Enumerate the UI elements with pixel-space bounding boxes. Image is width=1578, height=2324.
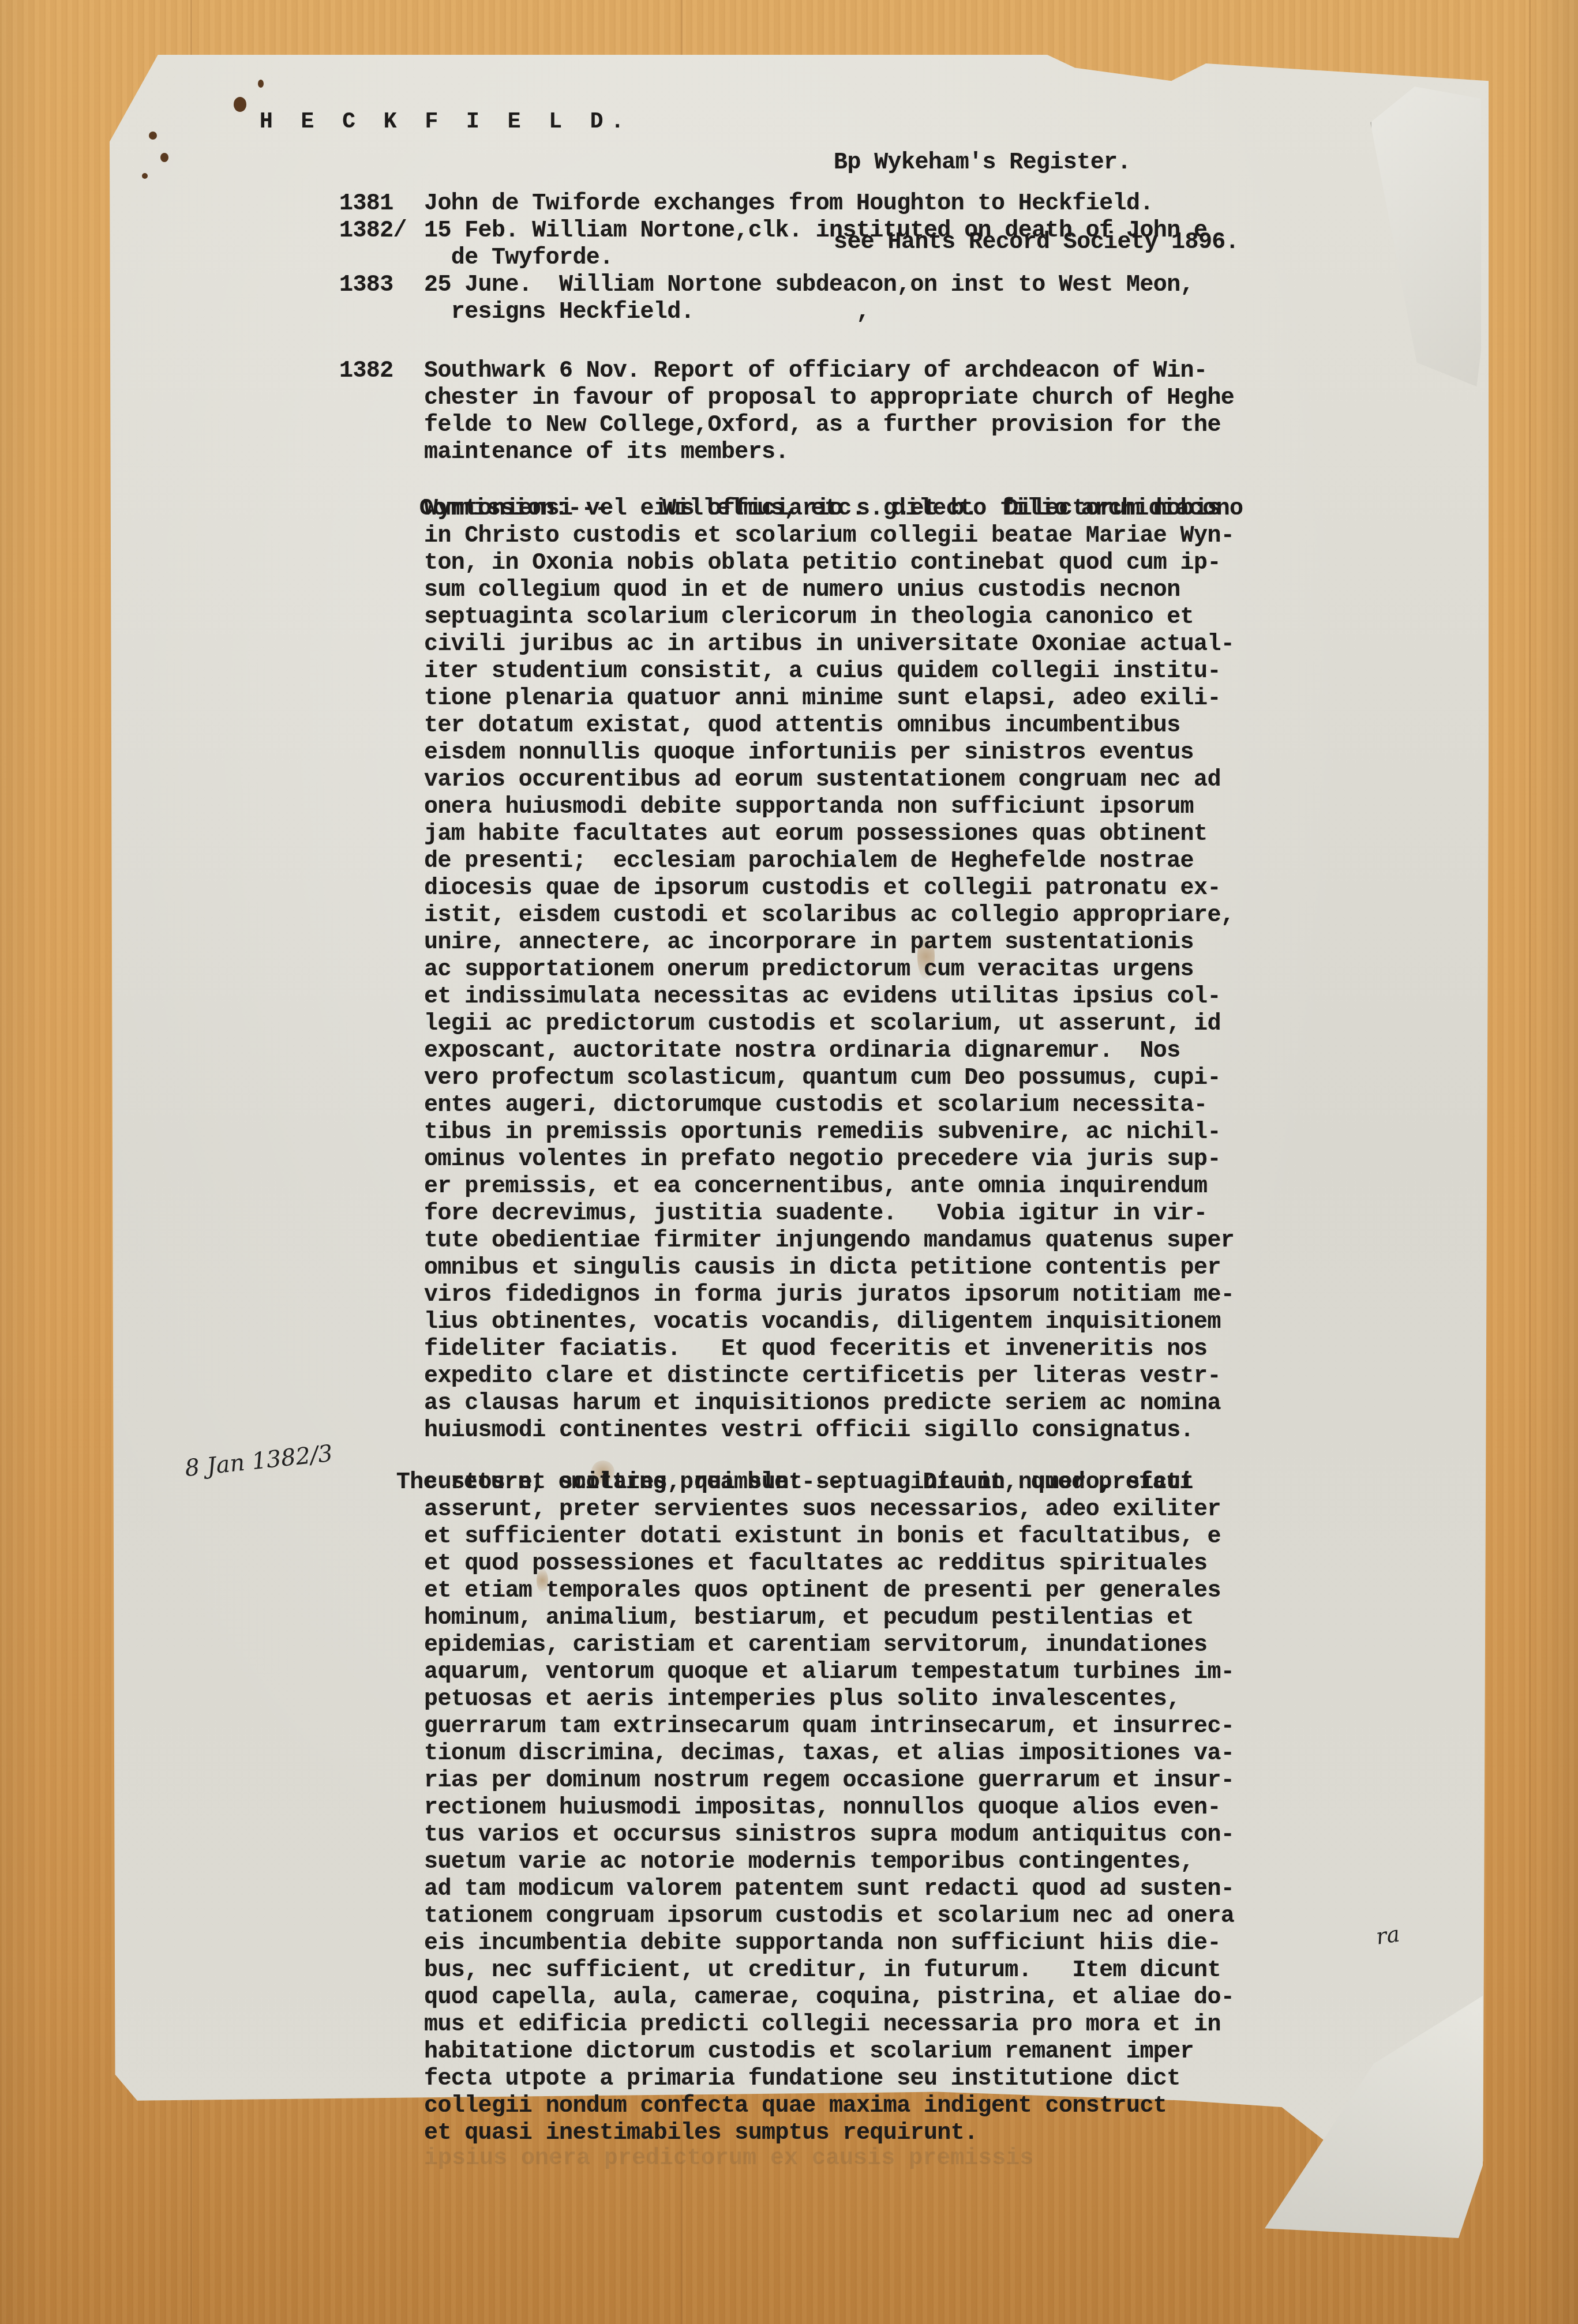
text-line: eisdem nonnullis quoque infortuniis per … xyxy=(424,739,1234,767)
document-title: H E C K F I E L D. xyxy=(260,108,631,136)
text-line: collegii nondum confecta quae maxima ind… xyxy=(424,2093,1234,2120)
entry-line: John de Twiforde exchanges from Houghton… xyxy=(424,190,1153,217)
text-line: ton, in Oxonia nobis oblata petitio cont… xyxy=(424,550,1234,577)
paper-hole xyxy=(234,97,246,112)
text-line: tationem congruam ipsorum custodis et sc… xyxy=(424,1903,1234,1930)
entry-line: de Twyforde. xyxy=(424,245,613,272)
text-line: ter dotatum existat, quod attentis omnib… xyxy=(424,712,1234,739)
text-line: in Christo custodis et scolarium collegi… xyxy=(424,523,1234,550)
text-line: fideliter faciatis. Et quod feceritis et… xyxy=(424,1336,1234,1363)
text-line: tute obedientiae firmiter injungendo man… xyxy=(424,1227,1234,1255)
text-line: istit, eisdem custodi et scolaribus ac c… xyxy=(424,902,1234,929)
handwritten-correction: ra xyxy=(1374,1921,1401,1949)
text-line: et quasi inestimabiles sumptus requirunt… xyxy=(424,2120,1234,2147)
text-line: asserunt, preter servientes suos necessa… xyxy=(424,1496,1234,1523)
text-line: huiusmodi continentes vestri officii sig… xyxy=(424,1417,1234,1444)
text-line: et sufficienter dotati existunt in bonis… xyxy=(424,1523,1234,1550)
text-line: civili juribus ac in artibus in universi… xyxy=(424,631,1234,658)
entry-line: 25 June. William Nortone subdeacon,on in… xyxy=(424,272,1194,299)
text-line: hominum, animalium, bestiarum, et pecudu… xyxy=(424,1605,1234,1632)
text-line: tus varios et occursus sinistros supra m… xyxy=(424,1822,1234,1849)
text-line: fecta utpote a primaria fundatione seu i… xyxy=(424,2066,1234,2093)
text-line: aquarum, ventorum quoque et aliarum temp… xyxy=(424,1659,1234,1686)
text-line: ac supportationem onerum predictorum cum… xyxy=(424,956,1234,983)
text-line: exposcant, auctoritate nostra ordinaria … xyxy=(424,1038,1234,1065)
text-line: custos et scolares, qui sunt septuaginta… xyxy=(424,1469,1234,1496)
entry-date: 1382 xyxy=(339,358,393,385)
text-line: quod capella, aula, camerae, coquina, pi… xyxy=(424,1984,1234,2011)
entry-line: maintenance of its members. xyxy=(424,439,789,466)
text-line: er premissis, et ea concernentibus, ante… xyxy=(424,1173,1234,1200)
text-line: suetum varie ac notorie modernis tempori… xyxy=(424,1849,1234,1876)
text-line: vero profectum scolasticum, quantum cum … xyxy=(424,1065,1234,1092)
text-line: lius obtinentes, vocatis vocandis, dilig… xyxy=(424,1309,1234,1336)
paper-hole xyxy=(142,173,148,179)
commission-text: Wyntoniensi vel eius officiario s.g.et b… xyxy=(424,495,1234,1444)
text-line: et indissimulata necessitas ac evidens u… xyxy=(424,983,1234,1011)
text-line: iter studentium consistit, a cuius quide… xyxy=(424,658,1234,685)
text-line: habitatione dictorum custodis et scolari… xyxy=(424,2038,1234,2066)
text-line: viros fidedignos in forma juris juratos … xyxy=(424,1282,1234,1309)
text-line: unire, annectere, ac incorporare in part… xyxy=(424,929,1234,956)
entry-date: 1383 xyxy=(339,272,393,299)
text-line: bus, nec sufficient, ut creditur, in fut… xyxy=(424,1957,1234,1984)
source-reference: Bp Wykeham's Register. see Hants Record … xyxy=(834,97,1239,283)
text-line: septuaginta scolarium clericorum in theo… xyxy=(424,604,1234,631)
text-line: expedito clare et distincte certificetis… xyxy=(424,1363,1234,1390)
text-line: rectionem huiusmodi impositas, nonnullos… xyxy=(424,1794,1234,1822)
text-line: varios occurentibus ad eorum sustentatio… xyxy=(424,767,1234,794)
text-line: eis incumbentia debite supportanda non s… xyxy=(424,1930,1234,1957)
show-through-text: ipsius onera predictorum ex causis premi… xyxy=(424,2146,1033,2172)
text-line: Wyntoniensi vel eius officiario s.g.et b… xyxy=(424,495,1234,523)
entry-date: 1382/ xyxy=(339,217,407,245)
text-line: tibus in premissis oportunis remediis su… xyxy=(424,1119,1234,1146)
return-text: custos et scolares, qui sunt septuaginta… xyxy=(424,1469,1234,2147)
text-line: tione plenaria quatuor anni minime sunt … xyxy=(424,685,1234,712)
text-line: sum collegium quod in et de numero unius… xyxy=(424,577,1234,604)
text-line: ad tam modicum valorem patentem sunt red… xyxy=(424,1876,1234,1903)
text-line: as clausas harum et inquisitionos predic… xyxy=(424,1390,1234,1417)
text-line: legii ac predictorum custodis et scolari… xyxy=(424,1011,1234,1038)
wood-seam xyxy=(1529,0,1531,2324)
paper-hole xyxy=(149,132,157,140)
paper-hole xyxy=(258,80,264,88)
entry-line: felde to New College,Oxford, as a furthe… xyxy=(424,412,1221,439)
text-line: rias per dominum nostrum regem occasione… xyxy=(424,1767,1234,1794)
text-line: guerrarum tam extrinsecarum quam intrins… xyxy=(424,1713,1234,1740)
text-line: omnibus et singulis causis in dicta peti… xyxy=(424,1255,1234,1282)
text-line: fore decrevimus, justitia suadente. Vobi… xyxy=(424,1200,1234,1227)
entry-line: chester in favour of proposal to appropr… xyxy=(424,385,1234,412)
entry-date: 1381 xyxy=(339,190,393,217)
text-line: mus et edificia predicti collegii necess… xyxy=(424,2011,1234,2038)
text-line: jam habite facultates aut eorum possessi… xyxy=(424,821,1234,848)
entry-line: resigns Heckfield. , xyxy=(424,299,869,326)
text-line: et quod possessiones et facultates ac re… xyxy=(424,1550,1234,1578)
text-line: petuosas et aeris intemperies plus solit… xyxy=(424,1686,1234,1713)
text-line: diocesis quae de ipsorum custodis et col… xyxy=(424,875,1234,902)
source-line: Bp Wykeham's Register. xyxy=(834,150,1239,177)
text-line: et etiam temporales quos optinent de pre… xyxy=(424,1578,1234,1605)
text-line: tionum discrimina, decimas, taxas, et al… xyxy=(424,1740,1234,1767)
text-line: epidemias, caristiam et carentiam servit… xyxy=(424,1632,1234,1659)
paper-hole xyxy=(160,153,168,162)
text-line: entes augeri, dictorumque custodis et sc… xyxy=(424,1092,1234,1119)
entry-line: Southwark 6 Nov. Report of officiary of … xyxy=(424,358,1207,385)
entry-line: 15 Feb. William Nortone,clk. instituted … xyxy=(424,217,1207,245)
text-line: onera huiusmodi debite supportanda non s… xyxy=(424,794,1234,821)
text-line: de presenti; ecclesiam parochialem de He… xyxy=(424,848,1234,875)
text-line: ominus volentes in prefato negotio prece… xyxy=(424,1146,1234,1173)
